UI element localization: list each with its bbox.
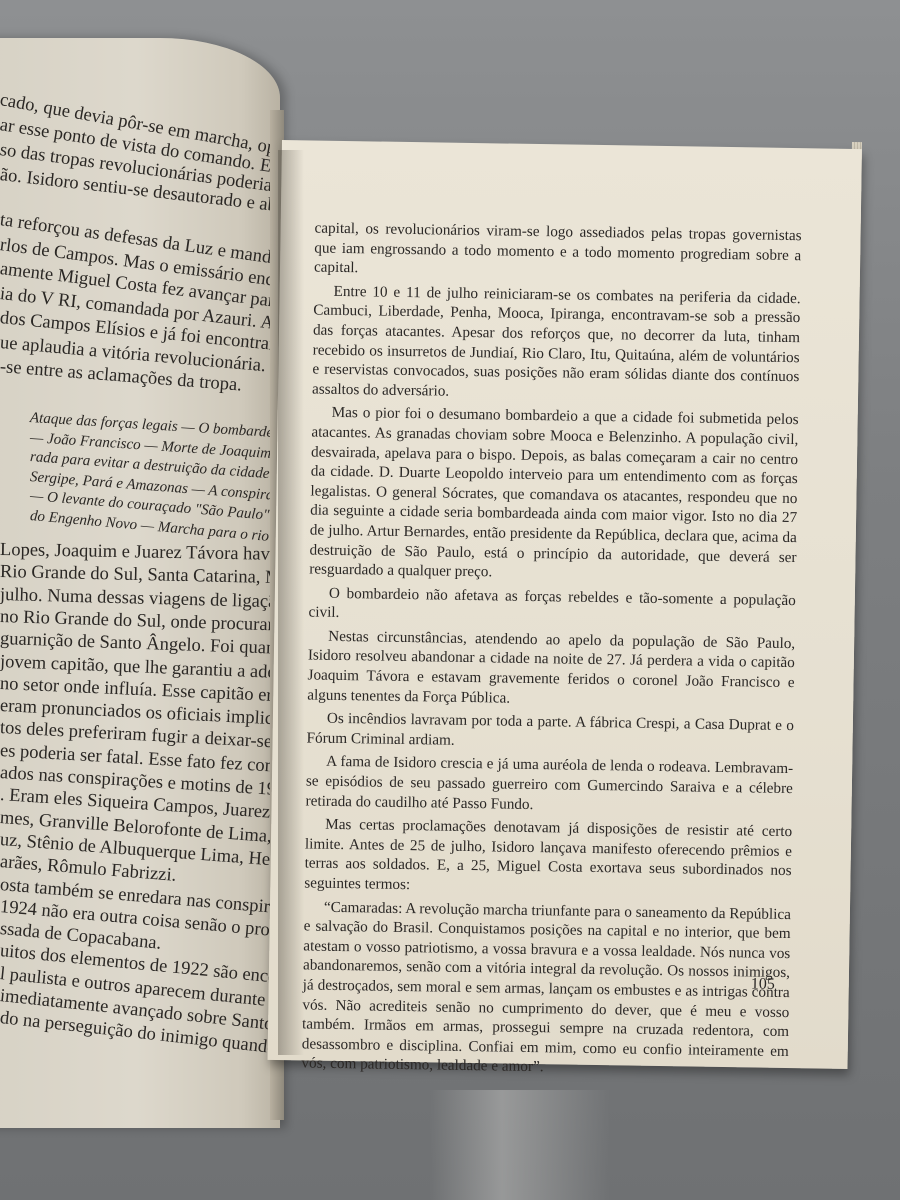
paragraph: Entre 10 e 11 de julho reiniciaram-se os…: [312, 281, 801, 406]
paragraph: Os incêndios lavravam por toda a parte. …: [306, 709, 794, 756]
paragraph: Mas certas proclamações denotavam já dis…: [304, 815, 792, 901]
paragraph: O bombardeio não afetava as forças rebel…: [308, 583, 796, 630]
page-number: 105: [751, 975, 775, 993]
paragraph: Nestas circunstâncias, atendendo ao apel…: [307, 626, 795, 712]
left-page: cado, que devia pôr-se em marcha, opôs-s…: [0, 38, 280, 1128]
paragraph: A fama de Isidoro crescia e já uma auréo…: [305, 752, 793, 818]
left-page-text: cado, que devia pôr-se em marcha, opôs-s…: [0, 38, 300, 1128]
book-gutter-shadow: [278, 150, 304, 1055]
book-photo-scene: cado, que devia pôr-se em marcha, opôs-s…: [0, 0, 900, 1200]
table-light-reflection: [430, 1090, 610, 1200]
right-page: capital, os revolucionários viram-se log…: [268, 140, 862, 1069]
paragraph: Mas o pior foi o desumano bombardeio a q…: [309, 403, 799, 587]
quote-paragraph: “Camaradas: A revolução marcha triunfant…: [301, 897, 791, 1081]
paragraph: capital, os revolucionários viram-se log…: [314, 219, 802, 285]
right-page-body: capital, os revolucionários viram-se log…: [301, 219, 801, 1085]
